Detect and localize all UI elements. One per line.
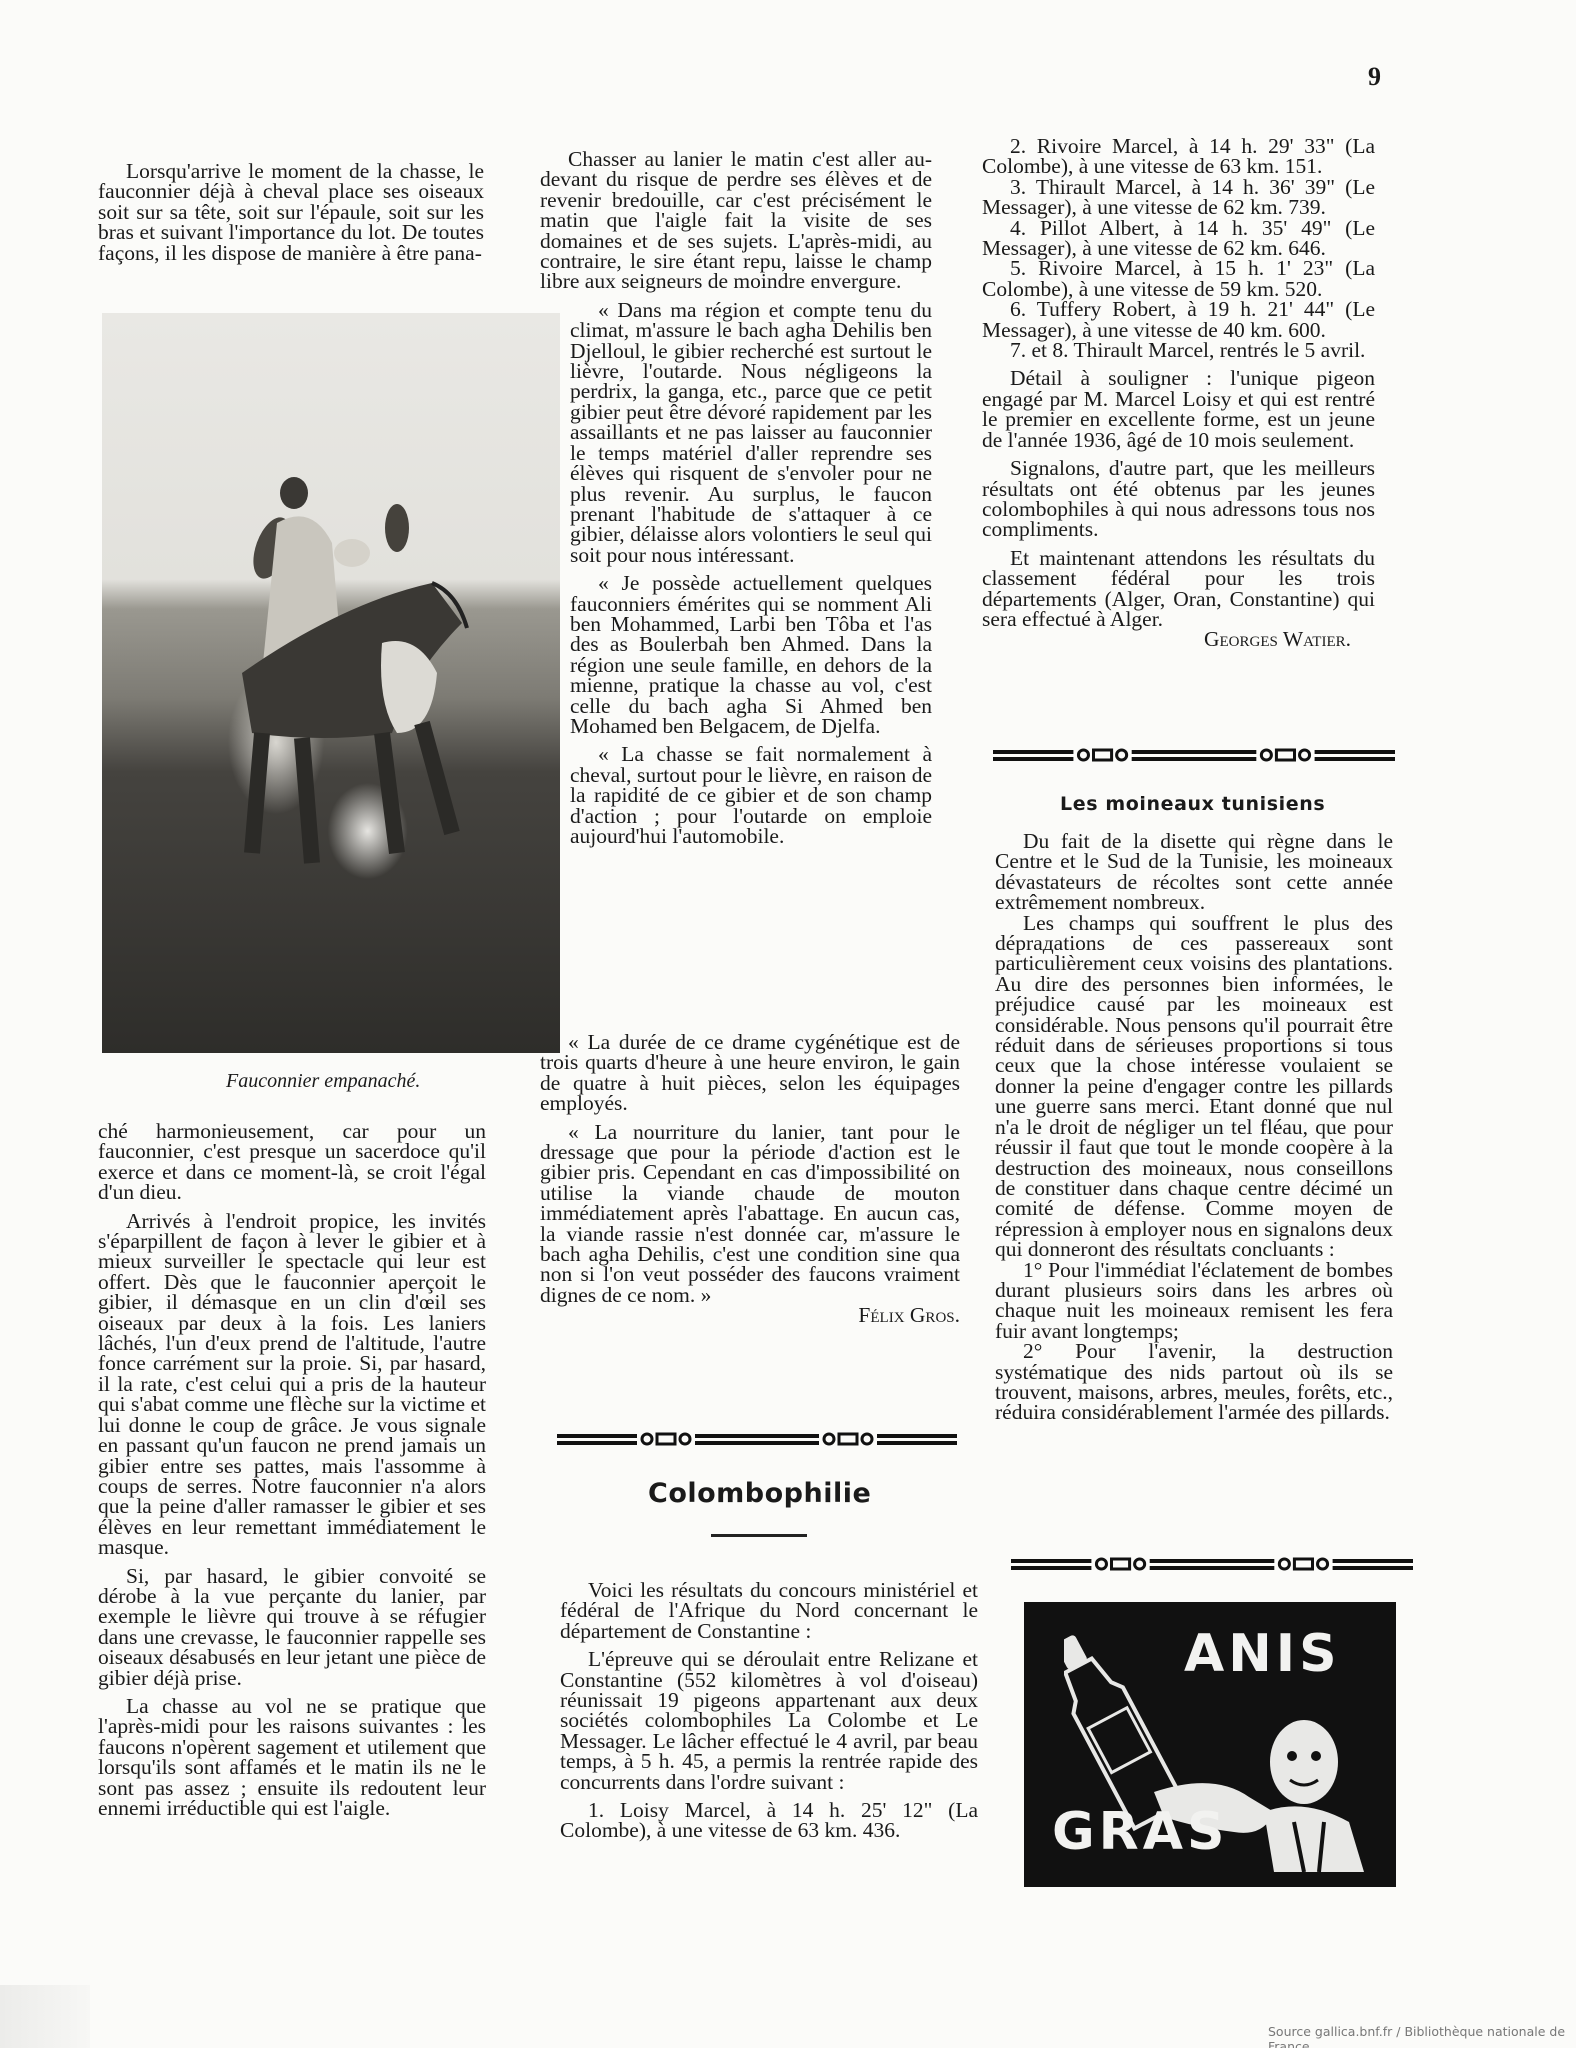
falconer-photo (102, 313, 560, 1053)
article-intro: Lorsqu'arrive le moment de la chasse, le… (98, 161, 484, 263)
result-item: 4. Pillot Albert, à 14 h. 35' 49" (Le Me… (982, 218, 1375, 259)
paragraph: « La nourriture du lanier, tant pour le … (540, 1122, 960, 1306)
ad-headline-gras: GRAS (1052, 1802, 1228, 1862)
moineaux-body: Du fait de la disette qui règne dans le … (995, 831, 1393, 1423)
paragraph: 2° Pour l'avenir, la destruction systéma… (995, 1341, 1393, 1423)
paragraph: 1° Pour l'immédiat l'éclatement de bombe… (995, 1260, 1393, 1342)
paragraph: La chasse au vol ne se pratique que l'ap… (98, 1696, 486, 1818)
paragraph: Si, par hasard, le gibier convoité se dé… (98, 1566, 486, 1688)
colombophilie-body: Voici les résultats du concours ministér… (560, 1564, 978, 1841)
paragraph: Lorsqu'arrive le moment de la chasse, le… (98, 161, 484, 263)
paragraph: « La chasse se fait normalement à cheval… (570, 744, 932, 846)
result-item: 2. Rivoire Marcel, à 14 h. 29' 33" (La C… (982, 136, 1375, 177)
paragraph: Arrivés à l'endroit propice, les invités… (98, 1211, 486, 1558)
article-body-left: ché harmonieusement, car pour un fauconn… (98, 1121, 486, 1818)
paragraph: Signalons, d'autre part, que les meilleu… (982, 458, 1375, 540)
paragraph: Chasser au lanier le matin c'est aller a… (540, 149, 932, 292)
paragraph: « La durée de ce drame cygénétique est d… (540, 1032, 960, 1114)
paragraph: L'épreuve qui se déroulait entre Relizan… (560, 1649, 978, 1792)
result-item: 3. Thirault Marcel, à 14 h. 36' 39" (Le … (982, 177, 1375, 218)
paragraph: ché harmonieusement, car pour un fauconn… (98, 1121, 486, 1203)
ornamental-divider (557, 1431, 957, 1447)
paragraph: « Je possède actuellement quelques fauco… (570, 573, 932, 736)
heading-rule (711, 1534, 807, 1537)
source-attribution: Source gallica.bnf.fr / Bibliothèque nat… (1268, 2024, 1576, 2048)
article-body-middle: Chasser au lanier le matin c'est aller a… (540, 149, 932, 846)
section-heading-moineaux: Les moineaux tunisiens (1060, 793, 1325, 815)
paragraph: Du fait de la disette qui règne dans le … (995, 831, 1393, 913)
article-body-middle-lower: « La durée de ce drame cygénétique est d… (540, 1032, 960, 1326)
ornamental-divider (1011, 1556, 1413, 1572)
ad-headline-anis: ANIS (1184, 1624, 1341, 1684)
paragraph: Et maintenant attendons les résultats du… (982, 548, 1375, 630)
results-list: 2. Rivoire Marcel, à 14 h. 29' 33" (La C… (982, 136, 1375, 650)
result-item: 5. Rivoire Marcel, à 15 h. 1' 23" (La Co… (982, 258, 1375, 299)
result-item: 6. Tuffery Robert, à 19 h. 21' 44" (Le M… (982, 299, 1375, 340)
scan-edge (0, 1985, 90, 2048)
section-heading-colombophilie: Colombophilie (648, 1478, 871, 1509)
anis-gras-advertisement: ANIS GRAS (1024, 1602, 1396, 1887)
paragraph: « Dans ma région et compte tenu du clima… (570, 300, 932, 565)
result-item: 7. et 8. Thirault Marcel, rentrés le 5 a… (982, 340, 1375, 360)
paragraph: Les champs qui souffrent le plus des dép… (995, 913, 1393, 1260)
page-number: 9 (1368, 62, 1381, 92)
photo-caption: Fauconnier empanaché. (226, 1070, 420, 1093)
author-signature: Félix Gros. (540, 1305, 960, 1325)
paragraph: Détail à souligner : l'unique pigeon eng… (982, 368, 1375, 450)
ornamental-divider (993, 747, 1395, 763)
horse-rider-illustration-icon (182, 433, 482, 913)
result-item: 1. Loisy Marcel, à 14 h. 25' 12" (La Col… (560, 1800, 978, 1841)
author-signature: Georges Watier. (982, 629, 1375, 649)
paragraph: Voici les résultats du concours ministér… (560, 1580, 978, 1641)
